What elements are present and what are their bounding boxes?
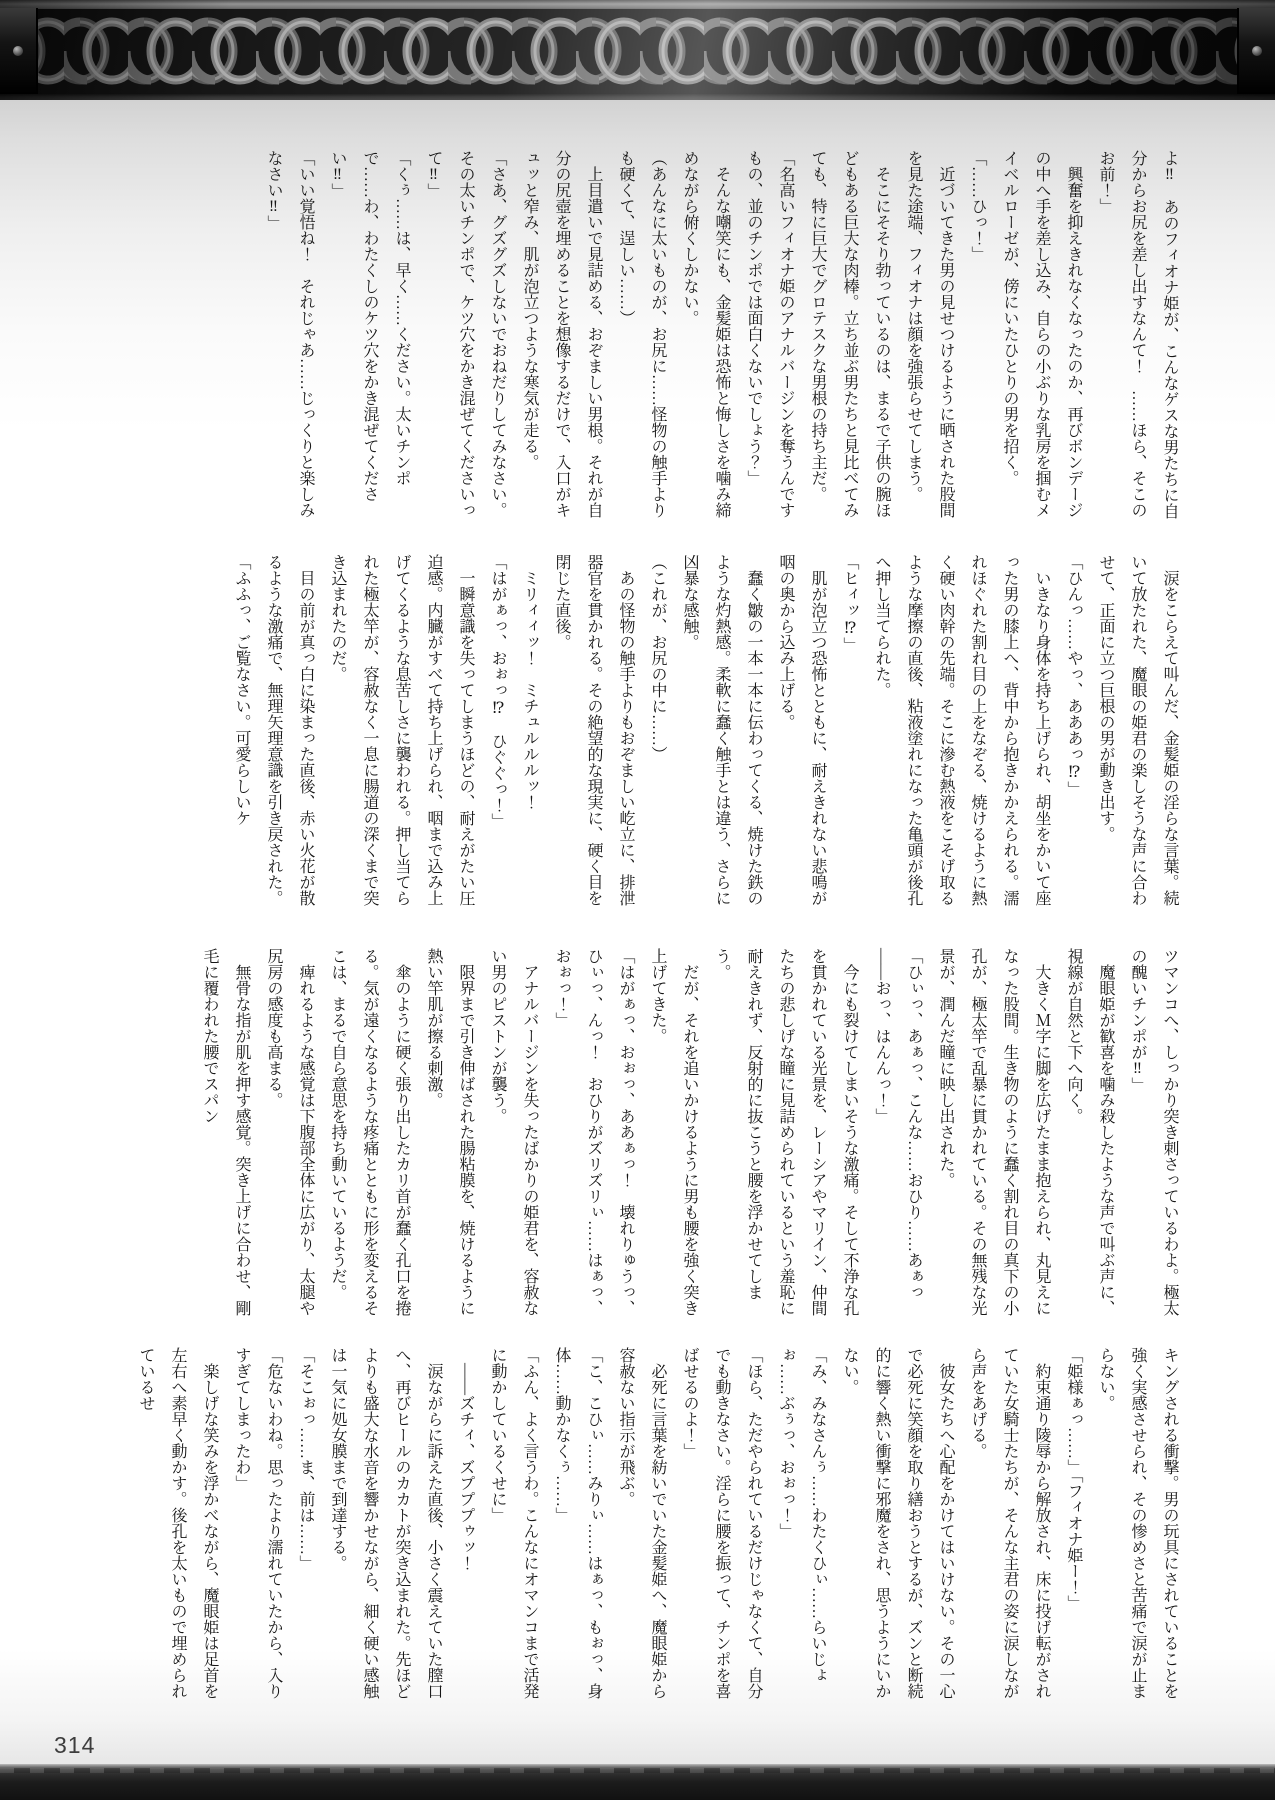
paragraph: 魔眼姫が歓喜を噛み殺したような声で叫ぶ声に、視線が自然と下へ向く。 xyxy=(1057,948,1121,1318)
paragraph: 涙ながらに訴えた直後、小さく震えていた膣口へ、再びヒールのカカトが突き込まれた。… xyxy=(321,1347,449,1703)
celtic-knot-pattern xyxy=(0,9,1275,93)
paragraph: よ‼ あのフィオナ姫が、こんなゲスな男たちに自分からお尻を差し出すなんて！ ……… xyxy=(1089,150,1185,520)
paragraph: ツマンコへ、しっかり突き刺さっているわよ。極太の醜いチンポが‼」 xyxy=(1121,948,1185,1318)
text-band-3: ツマンコへ、しっかり突き刺さっているわよ。極太の醜いチンポが‼」 魔眼姫が歓喜を… xyxy=(193,948,1185,1318)
paragraph: （これが、お尻の中に……） xyxy=(641,554,673,910)
paragraph: 彼女たちへ心配をかけてはいけない。その一心で必死に笑顔を取り繕おうとするが、ズン… xyxy=(833,1347,961,1703)
page-number: 314 xyxy=(54,1732,95,1759)
paragraph: 今にも裂けてしまいそうな激痛。そして不浄な孔を貫かれている光景を、レーシアやマリ… xyxy=(705,948,865,1318)
paragraph: 約束通り陵辱から解放され、床に投げ転がされていた女騎士たちが、そんな主君の姿に涙… xyxy=(961,1347,1057,1703)
paragraph: 「ヒィッ⁉」 xyxy=(833,554,865,910)
paragraph: 蠢く皺の一本一本に伝わってくる、焼けた鉄のような灼熱感。柔軟に蠢く触手とは違う、… xyxy=(673,554,769,910)
paragraph: 痺れるような感覚は下腹部全体に広がり、太腿や尻房の感度も高まる。 xyxy=(257,948,321,1318)
paragraph: 「さあ、グズグズしないでおねだりしてみなさい。その太いチンポで、ケツ穴をかき混ぜ… xyxy=(417,150,513,520)
paragraph: 傘のように硬く張り出したカリ首が蠢く孔口を捲る。気が遠くなるような疼痛とともに形… xyxy=(321,948,417,1318)
paragraph: 一瞬意識を失ってしまうほどの、耐えがたい圧迫感。内臓がすべて持ち上げられ、咽まで… xyxy=(321,554,481,910)
paragraph: キングされる衝撃。男の玩具にされていることを強く実感させられ、その惨めさと苦痛で… xyxy=(1089,1347,1185,1703)
paragraph: 「ふん、よく言うわ。こんなにオマンコまで活発に動かしているくせに」 xyxy=(481,1347,545,1703)
paragraph: だが、それを追いかけるように男も腰を強く突き上げてきた。 xyxy=(641,948,705,1318)
scanned-book-page: よ‼ あのフィオナ姫が、こんなゲスな男たちに自分からお尻を差し出すなんて！ ……… xyxy=(0,0,1275,1800)
paragraph: 「ほら、ただやられているだけじゃなくて、自分でも動きなさい。淫らに腰を振って、チ… xyxy=(673,1347,769,1703)
paragraph: 「ふふっ、ご覧なさい。可愛らしいケ xyxy=(225,554,257,910)
paragraph: そんな嘲笑にも、金髪姫は恐怖と悔しさを噛み締めながら俯くしかない。 xyxy=(673,150,737,520)
celtic-knot-border xyxy=(0,0,1275,100)
text-band-4: キングされる衝撃。男の玩具にされていることを強く実感させられ、その惨めさと苦痛で… xyxy=(129,1347,1185,1703)
paragraph: 興奮を抑えきれなくなったのか、再びボンデージの中へ手を差し込み、自らの小ぶりな乳… xyxy=(993,150,1089,520)
paragraph: 「ひぃっ、あぁっ、こんな……おひり……あぁっ――おっ、はんんっ！」 xyxy=(865,948,929,1318)
paragraph: 無骨な指が肌を押す感覚。突き上げに合わせ、剛毛に覆われた腰でスパン xyxy=(193,948,257,1318)
corner-rivet-left xyxy=(0,8,38,94)
paragraph: 上目遣いで見詰める、おぞましい男根。それが自分の尻壺を埋めることを想像するだけで… xyxy=(513,150,609,520)
paragraph: 「そこぉっ……ま、前は……」 xyxy=(289,1347,321,1703)
paragraph: （あんなに太いものが、お尻に……怪物の触手よりも硬くて、逞しい……） xyxy=(609,150,673,520)
paragraph: 「姫様ぁっ……」「フィオナ姫ー！」 xyxy=(1057,1347,1089,1703)
paragraph: 限界まで引き伸ばされた腸粘膜を、焼けるように熱い竿肌が擦る刺激。 xyxy=(417,948,481,1318)
paragraph: あの怪物の触手よりもおぞましい屹立に、排泄器官を貫かれる。その絶望的な現実に、硬… xyxy=(545,554,641,910)
paragraph: 「いい覚悟ね！ それじゃあ……じっくりと楽しみなさい‼」 xyxy=(257,150,321,520)
paragraph: 「……ひっ！」 xyxy=(961,150,993,520)
paragraph: 「こ、こひぃ……みりぃ……はぁっ、もぉっ、身体……動かなくぅ……」 xyxy=(545,1347,609,1703)
paragraph: 「はがぁっ、おぉっ、ああぁっ！ 壊れりゅうっ、ひぃっ、んっ！ おひりがズリズリぃ… xyxy=(545,948,641,1318)
paragraph: 肌が泡立つ恐怖とともに、耐えきれない悲鳴が咽の奥から込み上げる。 xyxy=(769,554,833,910)
text-band-1: よ‼ あのフィオナ姫が、こんなゲスな男たちに自分からお尻を差し出すなんて！ ……… xyxy=(257,150,1185,520)
paragraph: 「危ないわね。思ったより濡れていたから、入りすぎてしまったわ」 xyxy=(225,1347,289,1703)
paragraph: アナルバージンを失ったばかりの姫君を、容赦ない男のピストンが襲う。 xyxy=(481,948,545,1318)
paragraph: 「ひんっ……やっ、あああっ⁉」 xyxy=(1057,554,1089,910)
bottom-metal-strip xyxy=(0,1764,1275,1800)
paragraph: いきなり身体を持ち上げられ、胡坐をかいて座った男の膝上へ、背中から抱きかかえられ… xyxy=(865,554,1057,910)
paragraph: 「はがぁっ、おぉっ⁉ ひぐぐっ！」 xyxy=(481,554,513,910)
paragraph: 「くぅ……は、早く……ください。太いチンポで……わ、わたくしのケツ穴をかき混ぜて… xyxy=(321,150,417,520)
paragraph: 近づいてきた男の見せつけるように晒された股間を見た途端、フィオナは顔を強張らせて… xyxy=(897,150,961,520)
corner-rivet-right xyxy=(1237,8,1275,94)
paragraph: 目の前が真っ白に染まった直後、赤い火花が散るような激痛で、無理矢理意識を引き戻さ… xyxy=(257,554,321,910)
paragraph: ミリィィッ！ ミチュルルルッ！ xyxy=(513,554,545,910)
paragraph: 大きくＭ字に脚を広げたまま抱えられ、丸見えになった股間。生き物のように蠢く割れ目… xyxy=(929,948,1057,1318)
paragraph: 涙をこらえて叫んだ、金髪姫の淫らな言葉。続いて放たれた、魔眼の姫君の楽しそうな声… xyxy=(1089,554,1185,910)
paragraph: 必死に言葉を紡いでいた金髪姫へ、魔眼姫から容赦ない指示が飛ぶ。 xyxy=(609,1347,673,1703)
paragraph: そこにそそり勃っているのは、まるで子供の腕ほどもある巨大な肉棒。立ち並ぶ男たちと… xyxy=(801,150,897,520)
paragraph: ――ズチィ、ズプププゥッ！ xyxy=(449,1347,481,1703)
paragraph: 「名高いフィオナ姫のアナルバージンを奪うんですもの、並のチンポでは面白くないでし… xyxy=(737,150,801,520)
paragraph: 「み、みなさんぅ……わたくひぃ……らいじょぉ……ぶぅっ、おぉっ！」 xyxy=(769,1347,833,1703)
text-band-2: 涙をこらえて叫んだ、金髪姫の淫らな言葉。続いて放たれた、魔眼の姫君の楽しそうな声… xyxy=(225,554,1185,910)
paragraph: 楽しげな笑みを浮かべながら、魔眼姫は足首を左右へ素早く動かす。後孔を太いもので埋… xyxy=(129,1347,225,1703)
